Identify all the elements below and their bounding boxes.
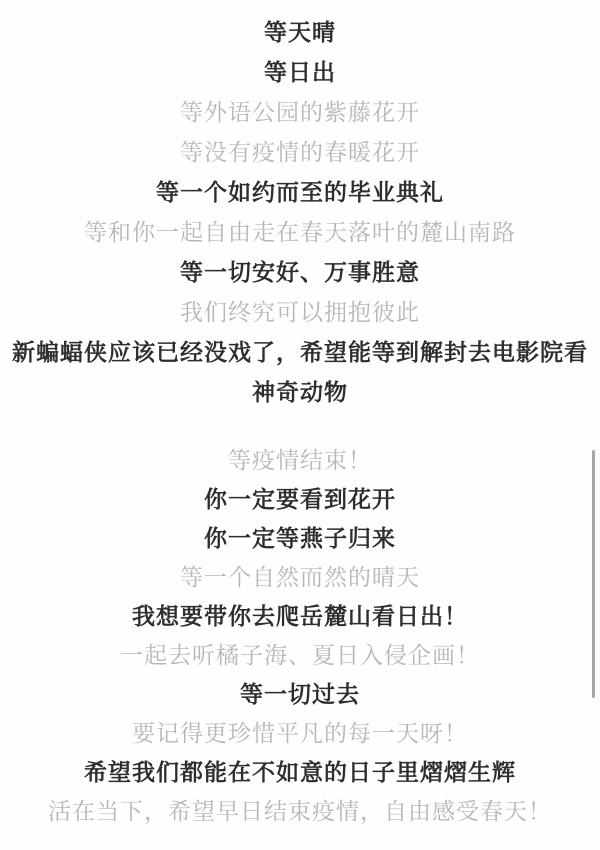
poem-line: 等日出 — [0, 52, 600, 92]
poem-line: 你一定等燕子归来 — [0, 519, 600, 558]
poem-line: 等一切安好、万事胜意 — [0, 252, 600, 292]
poem-line: 你一定要看到花开 — [0, 480, 600, 519]
poem-page: 等天晴等日出等外语公园的紫藤花开等没有疫情的春暖花开等一个如约而至的毕业典礼等和… — [0, 0, 600, 850]
stanza-1: 等天晴等日出等外语公园的紫藤花开等没有疫情的春暖花开等一个如约而至的毕业典礼等和… — [0, 12, 600, 412]
poem-line: 活在当下，希望早日结束疫情，自由感受春天！ — [0, 792, 600, 831]
poem-line: 一起去听橘子海、夏日入侵企画！ — [0, 636, 600, 675]
poem-line: 我想要带你去爬岳麓山看日出！ — [0, 597, 600, 636]
stanza-2: 等疫情结束！你一定要看到花开你一定等燕子归来等一个自然而然的晴天我想要带你去爬岳… — [0, 441, 600, 831]
poem-line: 我们终究可以拥抱彼此 — [0, 292, 600, 332]
scrollbar-thumb[interactable] — [592, 450, 595, 698]
poem-line: 等一个自然而然的晴天 — [0, 558, 600, 597]
poem-line: 新蝙蝠侠应该已经没戏了，希望能等到解封去电影院看 — [0, 332, 600, 372]
poem-line: 等一个如约而至的毕业典礼 — [0, 172, 600, 212]
poem-line: 等没有疫情的春暖花开 — [0, 132, 600, 172]
poem-line: 等一切过去 — [0, 675, 600, 714]
poem-line: 要记得更珍惜平凡的每一天呀！ — [0, 714, 600, 753]
poem-line: 神奇动物 — [0, 372, 600, 412]
stanza-gap — [0, 412, 600, 441]
poem-line: 等和你一起自由走在春天落叶的麓山南路 — [0, 212, 600, 252]
poem-line: 等天晴 — [0, 12, 600, 52]
poem-line: 希望我们都能在不如意的日子里熠熠生辉 — [0, 753, 600, 792]
poem-line: 等外语公园的紫藤花开 — [0, 92, 600, 132]
poem-line: 等疫情结束！ — [0, 441, 600, 480]
